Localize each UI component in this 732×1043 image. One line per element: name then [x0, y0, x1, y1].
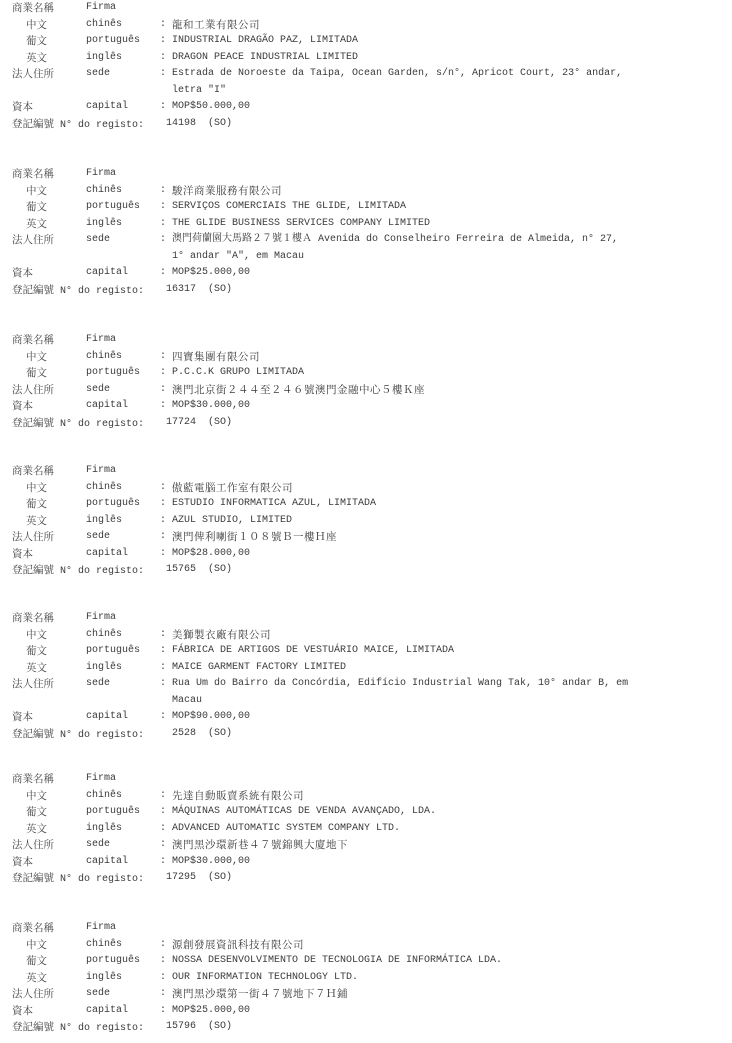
- firma-label-zh: 商業名稱: [12, 166, 54, 183]
- chines-label-zh: 中文: [26, 349, 47, 366]
- ingles-name-value: OUR INFORMATION TECHNOLOGY LTD.: [172, 970, 358, 987]
- registo-label-pt: N° do registo:: [60, 1023, 144, 1034]
- colon: :: [160, 382, 166, 399]
- ingles-row: 英文 inglês : MAICE GARMENT FACTORY LIMITE…: [0, 660, 732, 677]
- portugues-row: 葡文 português : P.C.C.K GRUPO LIMITADA: [0, 365, 732, 382]
- chines-label-pt: chinês: [86, 183, 122, 200]
- sede-label-pt: sede: [86, 232, 110, 249]
- registo-label: 登記編號 N° do registo:: [12, 116, 144, 135]
- firma-row: 商業名稱 Firma: [0, 920, 732, 937]
- ingles-name-value: AZUL STUDIO, LIMITED: [172, 513, 292, 530]
- colon: :: [160, 643, 166, 660]
- firma-row: 商業名稱 Firma: [0, 332, 732, 349]
- firma-label-zh: 商業名稱: [12, 463, 54, 480]
- ingles-label-pt: inglês: [86, 660, 122, 677]
- sede-label-zh: 法人住所: [12, 66, 54, 83]
- capital-label-zh: 資本: [12, 709, 33, 726]
- registo-value: 16317 (SO): [166, 282, 232, 299]
- registo-row: 登記編號 N° do registo: 2528 (SO): [0, 726, 732, 743]
- registo-row: 登記編號 N° do registo: 17295 (SO): [0, 870, 732, 887]
- portugues-label-zh: 葡文: [26, 804, 47, 821]
- capital-label-pt: capital: [86, 1003, 128, 1020]
- ingles-row: 英文 inglês : DRAGON PEACE INDUSTRIAL LIMI…: [0, 50, 732, 67]
- capital-label-zh: 資本: [12, 546, 33, 563]
- chines-label-zh: 中文: [26, 627, 47, 644]
- sede-label-pt: sede: [86, 66, 110, 83]
- portugues-row: 葡文 português : NOSSA DESENVOLVIMENTO DE …: [0, 953, 732, 970]
- portugues-name-value: ESTUDIO INFORMATICA AZUL, LIMITADA: [172, 496, 376, 513]
- colon: :: [160, 216, 166, 233]
- portugues-label-zh: 葡文: [26, 643, 47, 660]
- sede-value-line1: 澳門黑沙環新巷４７號錦興大廈地下: [172, 837, 348, 854]
- capital-row: 資本 capital : MOP$25.000,00: [0, 1003, 732, 1020]
- firma-label-pt: Firma: [86, 610, 116, 627]
- registo-label-zh: 登記編號: [12, 118, 54, 130]
- company-entry: 商業名稱 Firma 中文 chinês : 駿洋商業服務有限公司 葡文 por…: [0, 166, 732, 298]
- portugues-row: 葡文 português : ESTUDIO INFORMATICA AZUL,…: [0, 496, 732, 513]
- portugues-name-value: INDUSTRIAL DRAGÃO PAZ, LIMITADA: [172, 33, 358, 50]
- chines-label-zh: 中文: [26, 788, 47, 805]
- colon: :: [160, 99, 166, 116]
- sede-label-pt: sede: [86, 382, 110, 399]
- ingles-row: 英文 inglês : THE GLIDE BUSINESS SERVICES …: [0, 216, 732, 233]
- firma-label-zh: 商業名稱: [12, 920, 54, 937]
- registo-label-zh: 登記編號: [12, 728, 54, 740]
- firma-label-pt: Firma: [86, 0, 116, 17]
- portugues-row: 葡文 português : INDUSTRIAL DRAGÃO PAZ, LI…: [0, 33, 732, 50]
- firma-label-pt: Firma: [86, 920, 116, 937]
- capital-value: MOP$30.000,00: [172, 398, 250, 415]
- capital-label-zh: 資本: [12, 99, 33, 116]
- ingles-label-pt: inglês: [86, 50, 122, 67]
- firma-row: 商業名稱 Firma: [0, 166, 732, 183]
- sede-value-line1: 澳門黑沙環第一街４７號地下７Ｈ鋪: [172, 986, 348, 1003]
- sede-label-zh: 法人住所: [12, 232, 54, 249]
- portugues-label-pt: português: [86, 643, 140, 660]
- colon: :: [160, 854, 166, 871]
- capital-row: 資本 capital : MOP$90.000,00: [0, 709, 732, 726]
- chines-name-value: 四寶集團有限公司: [172, 349, 260, 366]
- colon: :: [160, 183, 166, 200]
- sede-row: 法人住所 sede : Estrada de Noroeste da Taipa…: [0, 66, 732, 83]
- registo-label-pt: N° do registo:: [60, 419, 144, 430]
- ingles-label-pt: inglês: [86, 513, 122, 530]
- colon: :: [160, 496, 166, 513]
- chines-name-value: 源創發展資訊科技有限公司: [172, 937, 304, 954]
- ingles-label-zh: 英文: [26, 660, 47, 677]
- capital-label-pt: capital: [86, 546, 128, 563]
- firma-label-zh: 商業名稱: [12, 0, 54, 17]
- capital-label-zh: 資本: [12, 265, 33, 282]
- portugues-name-value: SERVIÇOS COMERCIAIS THE GLIDE, LIMITADA: [172, 199, 406, 216]
- colon: :: [160, 837, 166, 854]
- colon: :: [160, 821, 166, 838]
- registo-label-pt: N° do registo:: [60, 566, 144, 577]
- ingles-row: 英文 inglês : AZUL STUDIO, LIMITED: [0, 513, 732, 530]
- capital-row: 資本 capital : MOP$28.000,00: [0, 546, 732, 563]
- registo-label: 登記編號 N° do registo:: [12, 1019, 144, 1038]
- portugues-label-pt: português: [86, 953, 140, 970]
- colon: :: [160, 953, 166, 970]
- firma-label-pt: Firma: [86, 771, 116, 788]
- colon: :: [160, 676, 166, 693]
- colon: :: [160, 1003, 166, 1020]
- portugues-name-value: FÁBRICA DE ARTIGOS DE VESTUÁRIO MAICE, L…: [172, 643, 454, 660]
- portugues-row: 葡文 português : MÁQUINAS AUTOMÁTICAS DE V…: [0, 804, 732, 821]
- colon: :: [160, 349, 166, 366]
- firma-label-pt: Firma: [86, 463, 116, 480]
- chines-label-pt: chinês: [86, 788, 122, 805]
- ingles-label-zh: 英文: [26, 50, 47, 67]
- firma-label-pt: Firma: [86, 332, 116, 349]
- sede-label-pt: sede: [86, 837, 110, 854]
- sede-label-pt: sede: [86, 986, 110, 1003]
- registo-label: 登記編號 N° do registo:: [12, 726, 144, 745]
- registo-row: 登記編號 N° do registo: 16317 (SO): [0, 282, 732, 299]
- sede-row: 法人住所 sede : 澳門俾利喇街１０８號Ｂ一樓Ｈ座: [0, 529, 732, 546]
- colon: :: [160, 33, 166, 50]
- sede-value-line1: Rua Um do Bairro da Concórdia, Edifício …: [172, 676, 628, 693]
- firma-row: 商業名稱 Firma: [0, 463, 732, 480]
- firma-label-pt: Firma: [86, 166, 116, 183]
- capital-label-pt: capital: [86, 99, 128, 116]
- registo-label-zh: 登記編號: [12, 1021, 54, 1033]
- portugues-label-pt: português: [86, 804, 140, 821]
- portugues-name-value: NOSSA DESENVOLVIMENTO DE TECNOLOGIA DE I…: [172, 953, 502, 970]
- portugues-label-zh: 葡文: [26, 496, 47, 513]
- chines-label-pt: chinês: [86, 480, 122, 497]
- registo-label-pt: N° do registo:: [60, 286, 144, 297]
- colon: :: [160, 986, 166, 1003]
- portugues-label-zh: 葡文: [26, 953, 47, 970]
- ingles-label-zh: 英文: [26, 970, 47, 987]
- capital-row: 資本 capital : MOP$50.000,00: [0, 99, 732, 116]
- portugues-row: 葡文 português : FÁBRICA DE ARTIGOS DE VES…: [0, 643, 732, 660]
- portugues-label-zh: 葡文: [26, 199, 47, 216]
- capital-label-zh: 資本: [12, 1003, 33, 1020]
- registo-value: 2528 (SO): [166, 726, 232, 743]
- colon: :: [160, 66, 166, 83]
- company-entry: 商業名稱 Firma 中文 chinês : 龍和工業有限公司 葡文 portu…: [0, 0, 732, 132]
- capital-label-pt: capital: [86, 709, 128, 726]
- colon: :: [160, 232, 166, 249]
- sede-row: 法人住所 sede : 澳門黑沙環新巷４７號錦興大廈地下: [0, 837, 732, 854]
- registo-value: 15765 (SO): [166, 562, 232, 579]
- registo-label-zh: 登記編號: [12, 417, 54, 429]
- capital-value: MOP$25.000,00: [172, 1003, 250, 1020]
- sede-label-zh: 法人住所: [12, 986, 54, 1003]
- sede-row: 法人住所 sede : 澳門荷蘭園大馬路２７號１樓Ａ Avenida do Co…: [0, 232, 732, 249]
- capital-label-pt: capital: [86, 854, 128, 871]
- capital-row: 資本 capital : MOP$30.000,00: [0, 398, 732, 415]
- colon: :: [160, 709, 166, 726]
- company-entry: 商業名稱 Firma 中文 chinês : 美獅製衣廠有限公司 葡文 port…: [0, 610, 732, 742]
- company-entry: 商業名稱 Firma 中文 chinês : 傲藍電腦工作室有限公司 葡文 po…: [0, 463, 732, 579]
- ingles-label-zh: 英文: [26, 216, 47, 233]
- portugues-label-pt: português: [86, 365, 140, 382]
- ingles-label-pt: inglês: [86, 970, 122, 987]
- sede-label-pt: sede: [86, 529, 110, 546]
- colon: :: [160, 529, 166, 546]
- portugues-row: 葡文 português : SERVIÇOS COMERCIAIS THE G…: [0, 199, 732, 216]
- capital-row: 資本 capital : MOP$30.000,00: [0, 854, 732, 871]
- company-entry: 商業名稱 Firma 中文 chinês : 先達自動販賣系統有限公司 葡文 p…: [0, 771, 732, 887]
- sede-value-line1: 澳門北京街２４４至２４６號澳門金融中心５樓Ｋ座: [172, 382, 425, 399]
- sede-value-line1: 澳門荷蘭園大馬路２７號１樓Ａ Avenida do Conselheiro Fe…: [172, 232, 618, 249]
- capital-value: MOP$90.000,00: [172, 709, 250, 726]
- ingles-name-value: DRAGON PEACE INDUSTRIAL LIMITED: [172, 50, 358, 67]
- registo-label: 登記編號 N° do registo:: [12, 282, 144, 301]
- sede-row: 法人住所 sede : 澳門黑沙環第一街４７號地下７Ｈ鋪: [0, 986, 732, 1003]
- chines-label-pt: chinês: [86, 627, 122, 644]
- chines-name-value: 龍和工業有限公司: [172, 17, 260, 34]
- chines-label-zh: 中文: [26, 480, 47, 497]
- colon: :: [160, 17, 166, 34]
- portugues-label-pt: português: [86, 33, 140, 50]
- company-entry: 商業名稱 Firma 中文 chinês : 四寶集團有限公司 葡文 portu…: [0, 332, 732, 431]
- chines-row: 中文 chinês : 傲藍電腦工作室有限公司: [0, 480, 732, 497]
- colon: :: [160, 398, 166, 415]
- ingles-label-zh: 英文: [26, 821, 47, 838]
- capital-value: MOP$28.000,00: [172, 546, 250, 563]
- firma-label-zh: 商業名稱: [12, 332, 54, 349]
- sede-value-line2: 1° andar "A", em Macau: [172, 249, 304, 266]
- colon: :: [160, 265, 166, 282]
- sede-label-zh: 法人住所: [12, 529, 54, 546]
- company-entry: 商業名稱 Firma 中文 chinês : 源創發展資訊科技有限公司 葡文 p…: [0, 920, 732, 1036]
- registo-value: 14198 (SO): [166, 116, 232, 133]
- sede-value-line1: Estrada de Noroeste da Taipa, Ocean Gard…: [172, 66, 622, 83]
- sede-row: 法人住所 sede : Rua Um do Bairro da Concórdi…: [0, 676, 732, 693]
- ingles-row: 英文 inglês : OUR INFORMATION TECHNOLOGY L…: [0, 970, 732, 987]
- capital-value: MOP$30.000,00: [172, 854, 250, 871]
- registo-row: 登記編號 N° do registo: 15765 (SO): [0, 562, 732, 579]
- sede-value-line2: Macau: [172, 693, 202, 710]
- registo-label: 登記編號 N° do registo:: [12, 870, 144, 889]
- registo-row: 登記編號 N° do registo: 17724 (SO): [0, 415, 732, 432]
- chines-row: 中文 chinês : 龍和工業有限公司: [0, 17, 732, 34]
- registo-value: 17295 (SO): [166, 870, 232, 887]
- sede-value-line2: letra "I": [172, 83, 226, 100]
- colon: :: [160, 480, 166, 497]
- firma-label-zh: 商業名稱: [12, 610, 54, 627]
- chines-name-value: 駿洋商業服務有限公司: [172, 183, 282, 200]
- sede-label-zh: 法人住所: [12, 837, 54, 854]
- capital-label-pt: capital: [86, 398, 128, 415]
- firma-label-zh: 商業名稱: [12, 771, 54, 788]
- registo-value: 15796 (SO): [166, 1019, 232, 1036]
- portugues-label-pt: português: [86, 199, 140, 216]
- registo-value: 17724 (SO): [166, 415, 232, 432]
- colon: :: [160, 513, 166, 530]
- colon: :: [160, 660, 166, 677]
- registo-label: 登記編號 N° do registo:: [12, 562, 144, 581]
- colon: :: [160, 546, 166, 563]
- colon: :: [160, 970, 166, 987]
- ingles-name-value: MAICE GARMENT FACTORY LIMITED: [172, 660, 346, 677]
- ingles-label-zh: 英文: [26, 513, 47, 530]
- colon: :: [160, 50, 166, 67]
- portugues-name-value: MÁQUINAS AUTOMÁTICAS DE VENDA AVANÇADO, …: [172, 804, 436, 821]
- portugues-label-zh: 葡文: [26, 33, 47, 50]
- chines-label-zh: 中文: [26, 17, 47, 34]
- sede-label-zh: 法人住所: [12, 382, 54, 399]
- registo-row: 登記編號 N° do registo: 15796 (SO): [0, 1019, 732, 1036]
- registo-label-pt: N° do registo:: [60, 730, 144, 741]
- capital-label-pt: capital: [86, 265, 128, 282]
- chines-label-zh: 中文: [26, 183, 47, 200]
- portugues-label-zh: 葡文: [26, 365, 47, 382]
- chines-label-zh: 中文: [26, 937, 47, 954]
- capital-value: MOP$25.000,00: [172, 265, 250, 282]
- registo-label-zh: 登記編號: [12, 872, 54, 884]
- ingles-label-pt: inglês: [86, 216, 122, 233]
- colon: :: [160, 199, 166, 216]
- registo-label-zh: 登記編號: [12, 564, 54, 576]
- firma-row: 商業名稱 Firma: [0, 610, 732, 627]
- ingles-name-value: ADVANCED AUTOMATIC SYSTEM COMPANY LTD.: [172, 821, 400, 838]
- registo-label-pt: N° do registo:: [60, 120, 144, 131]
- sede-continuation-row: 1° andar "A", em Macau: [0, 249, 732, 266]
- registo-label-zh: 登記編號: [12, 284, 54, 296]
- sede-continuation-row: Macau: [0, 693, 732, 710]
- capital-row: 資本 capital : MOP$25.000,00: [0, 265, 732, 282]
- sede-row: 法人住所 sede : 澳門北京街２４４至２４６號澳門金融中心５樓Ｋ座: [0, 382, 732, 399]
- chines-label-pt: chinês: [86, 937, 122, 954]
- registo-label: 登記編號 N° do registo:: [12, 415, 144, 434]
- registo-label-pt: N° do registo:: [60, 874, 144, 885]
- chines-name-value: 先達自動販賣系統有限公司: [172, 788, 304, 805]
- firma-row: 商業名稱 Firma: [0, 771, 732, 788]
- colon: :: [160, 804, 166, 821]
- chines-name-value: 美獅製衣廠有限公司: [172, 627, 271, 644]
- colon: :: [160, 627, 166, 644]
- chines-name-value: 傲藍電腦工作室有限公司: [172, 480, 293, 497]
- chines-row: 中文 chinês : 四寶集團有限公司: [0, 349, 732, 366]
- chines-label-pt: chinês: [86, 349, 122, 366]
- sede-label-zh: 法人住所: [12, 676, 54, 693]
- chines-row: 中文 chinês : 駿洋商業服務有限公司: [0, 183, 732, 200]
- capital-label-zh: 資本: [12, 854, 33, 871]
- portugues-label-pt: português: [86, 496, 140, 513]
- sede-label-pt: sede: [86, 676, 110, 693]
- chines-row: 中文 chinês : 源創發展資訊科技有限公司: [0, 937, 732, 954]
- capital-value: MOP$50.000,00: [172, 99, 250, 116]
- ingles-row: 英文 inglês : ADVANCED AUTOMATIC SYSTEM CO…: [0, 821, 732, 838]
- colon: :: [160, 788, 166, 805]
- portugues-name-value: P.C.C.K GRUPO LIMITADA: [172, 365, 304, 382]
- chines-row: 中文 chinês : 先達自動販賣系統有限公司: [0, 788, 732, 805]
- ingles-name-value: THE GLIDE BUSINESS SERVICES COMPANY LIMI…: [172, 216, 430, 233]
- colon: :: [160, 937, 166, 954]
- firma-row: 商業名稱 Firma: [0, 0, 732, 17]
- colon: :: [160, 365, 166, 382]
- capital-label-zh: 資本: [12, 398, 33, 415]
- sede-value-line1: 澳門俾利喇街１０８號Ｂ一樓Ｈ座: [172, 529, 337, 546]
- chines-row: 中文 chinês : 美獅製衣廠有限公司: [0, 627, 732, 644]
- ingles-label-pt: inglês: [86, 821, 122, 838]
- registo-row: 登記編號 N° do registo: 14198 (SO): [0, 116, 732, 133]
- sede-continuation-row: letra "I": [0, 83, 732, 100]
- chines-label-pt: chinês: [86, 17, 122, 34]
